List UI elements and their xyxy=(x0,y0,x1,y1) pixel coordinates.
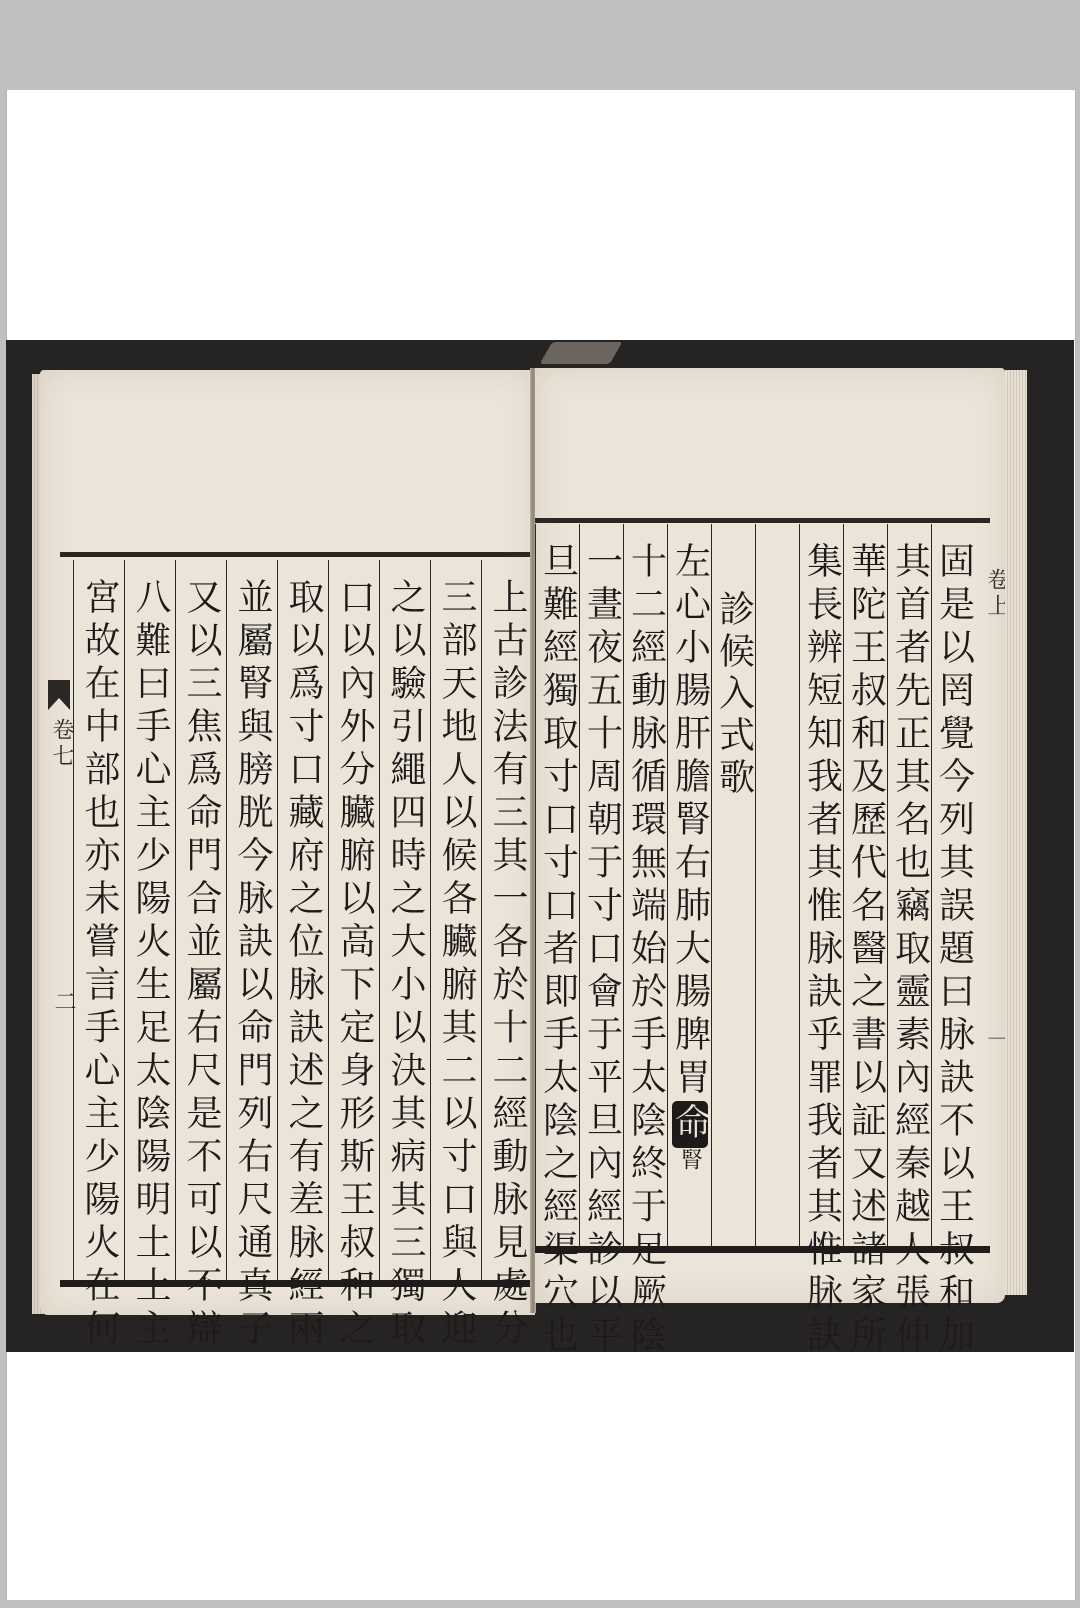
book-photograph: 上古診法有三其一各於十二經動脉見處分爲 三部天地人以候各臟腑其二以寸口與人迎參 … xyxy=(6,340,1074,1352)
bookmark-ribbon xyxy=(540,342,623,364)
column-text: 三部天地人以候各臟腑其二以寸口與人迎參 xyxy=(438,578,474,1280)
text-column: 口以內外分臟腑以高下定身形斯王叔和之所 xyxy=(328,560,379,1280)
heading-text-wrapper: 左心小腸肝膽腎右肺大腸脾胃命腎 xyxy=(672,542,708,1246)
left-page-top-rule xyxy=(60,552,530,557)
page-number: 二 xyxy=(48,990,79,1016)
text-column-blank xyxy=(755,524,799,1246)
text-column: 其首者先正其名也竊取靈素內經秦越人張仲景 xyxy=(887,524,931,1246)
volume-label: 卷七 xyxy=(46,718,77,770)
text-column: 旦難經獨取寸口寸口者即手太陰之經渠穴也 xyxy=(535,524,579,1246)
text-column: 又以三焦爲命門合並屬右尺是不可以不辯十 xyxy=(175,560,226,1280)
column-text: 口以內外分臟腑以高下定身形斯王叔和之所 xyxy=(336,578,372,1280)
text-column: 八難曰手心主少陽火生足太陰陽明土土主中 xyxy=(124,560,175,1280)
column-text: 並屬腎與膀胱今脉訣以命門列右尺通真子注 xyxy=(234,578,270,1280)
seal-mark: 命 xyxy=(672,1101,708,1148)
text-column: 並屬腎與膀胱今脉訣以命門列右尺通真子注 xyxy=(226,560,277,1280)
column-text: 取以爲寸口藏府之位脉訣述之有差脉經兩尺 xyxy=(285,578,321,1280)
column-text: 固是以罔覺今列其誤題曰脉訣不以王叔和加 xyxy=(936,542,972,1246)
left-page-text-grid: 上古診法有三其一各於十二經動脉見處分爲 三部天地人以候各臟腑其二以寸口與人迎參 … xyxy=(70,560,532,1280)
section-subheading-column: 診候入式歌 xyxy=(711,524,755,1246)
section-subheading: 診候入式歌 xyxy=(716,542,752,1246)
column-text: 又以三焦爲命門合並屬右尺是不可以不辯十 xyxy=(183,578,219,1280)
text-column: 三部天地人以候各臟腑其二以寸口與人迎參 xyxy=(430,560,481,1280)
right-page-text-grid: 固是以罔覺今列其誤題曰脉訣不以王叔和加 其首者先正其名也竊取靈素內經秦越人張仲景… xyxy=(535,524,975,1246)
text-column: 集長辨短知我者其惟脉訣乎罪我者其惟脉訣乎 xyxy=(799,524,843,1246)
column-text: 上古診法有三其一各於十二經動脉見處分爲 xyxy=(489,578,525,1280)
column-text: 之以驗引繩四時之大小以決其病其三獨取寸 xyxy=(387,578,423,1280)
column-text: 一晝夜五十周朝于寸口會于平旦內經診以平 xyxy=(584,542,620,1246)
heading-text: 左心小腸肝膽腎右肺大腸脾胃 xyxy=(670,542,711,1101)
column-text: 旦難經獨取寸口寸口者即手太陰之經渠穴也 xyxy=(540,542,576,1246)
column-text: 集長辨短知我者其惟脉訣乎罪我者其惟脉訣乎 xyxy=(804,542,840,1246)
text-column: 一晝夜五十周朝于寸口會于平旦內經診以平 xyxy=(579,524,623,1246)
right-page-top-rule xyxy=(535,518,990,523)
text-column: 華陀王叔和及歷代名醫之書以証又述諸家所解 xyxy=(843,524,887,1246)
viewer-top-bar xyxy=(0,0,1080,90)
column-text: 其首者先正其名也竊取靈素內經秦越人張仲景 xyxy=(892,542,928,1246)
text-column: 取以爲寸口藏府之位脉訣述之有差脉經兩尺 xyxy=(277,560,328,1280)
text-column: 十二經動脉循環無端始於手太陰終于足厥陰 xyxy=(623,524,667,1246)
left-page: 上古診法有三其一各於十二經動脉見處分爲 三部天地人以候各臟腑其二以寸口與人迎參 … xyxy=(40,370,535,1315)
small-note: 腎 xyxy=(678,1148,703,1172)
heading-column: 左心小腸肝膽腎右肺大腸脾胃命腎 xyxy=(667,524,711,1246)
text-column: 固是以罔覺今列其誤題曰脉訣不以王叔和加 xyxy=(931,524,975,1246)
text-column: 之以驗引繩四時之大小以決其病其三獨取寸 xyxy=(379,560,430,1280)
right-page-edges xyxy=(1005,370,1027,1295)
column-text: 華陀王叔和及歷代名醫之書以証又述諸家所解 xyxy=(848,542,884,1246)
text-column: 上古診法有三其一各於十二經動脉見處分爲 xyxy=(481,560,532,1280)
column-text: 十二經動脉循環無端始於手太陰終于足厥陰 xyxy=(628,542,664,1246)
right-page: 固是以罔覺今列其誤題曰脉訣不以王叔和加 其首者先正其名也竊取靈素內經秦越人張仲景… xyxy=(535,368,1005,1303)
column-text: 八難曰手心主少陽火生足太陰陽明土土主中 xyxy=(132,578,168,1280)
text-column: 宮故在中部也亦未嘗言手心主少陽火在何部 xyxy=(73,560,124,1280)
column-text: 宮故在中部也亦未嘗言手心主少陽火在何部 xyxy=(81,578,117,1280)
fish-tail-mark xyxy=(48,680,70,710)
